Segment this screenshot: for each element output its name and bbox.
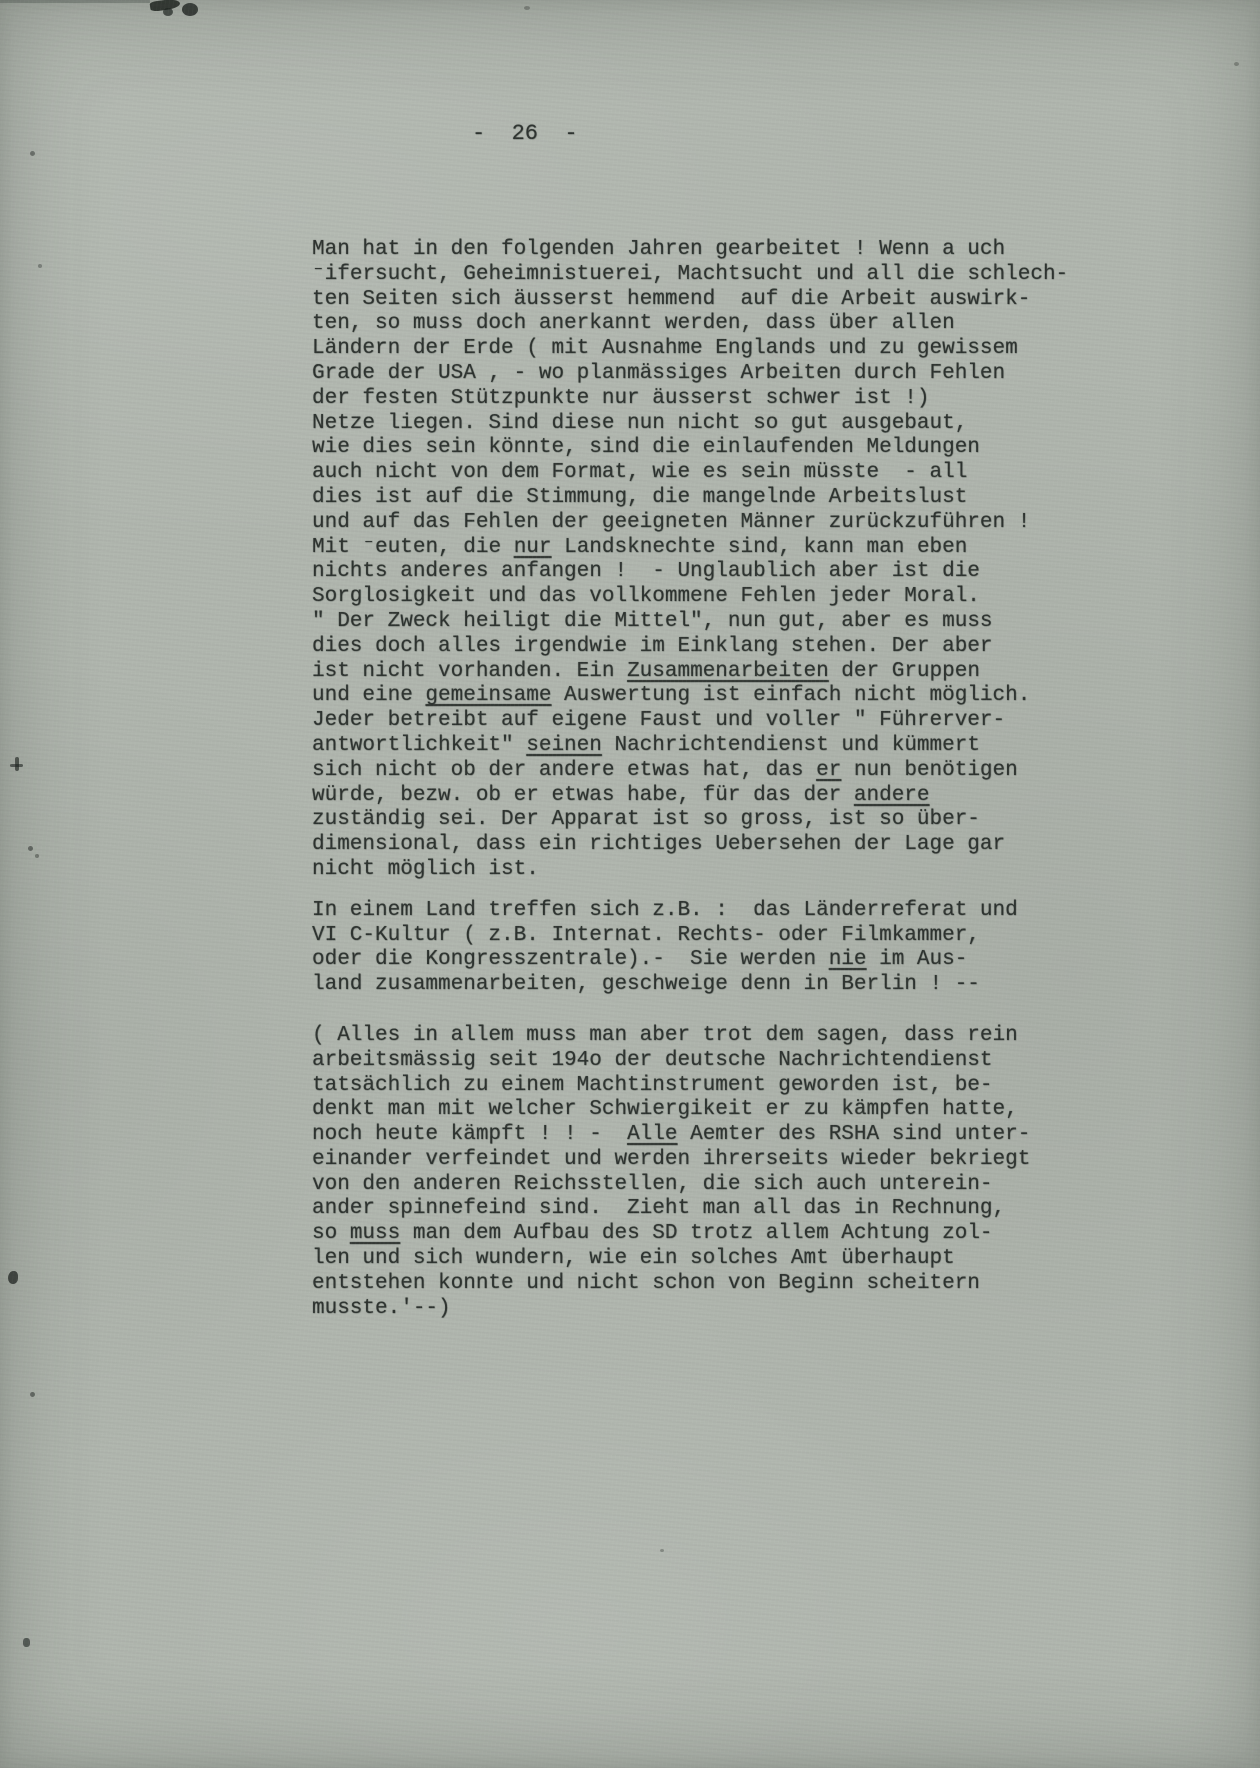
text-segment: ten Seiten sich äusserst hemmend auf die… bbox=[312, 288, 1030, 311]
text-segment: Nachrichtendienst und kümmert bbox=[602, 734, 980, 757]
text-block: Man hat in den folgenden Jahren gearbeit… bbox=[312, 238, 1068, 1321]
text-line: zuständig sei. Der Apparat ist so gross,… bbox=[312, 808, 1068, 833]
text-line: der festen Stützpunkte nur äusserst schw… bbox=[312, 387, 1068, 412]
text-segment: len und sich wundern, wie ein solches Am… bbox=[312, 1247, 955, 1270]
scan-speck bbox=[149, 0, 180, 12]
text-line: VI C-Kultur ( z.B. Internat. Rechts- ode… bbox=[312, 924, 1068, 949]
scanned-document-page: - 26 - Man hat in den folgenden Jahren g… bbox=[0, 0, 1260, 1768]
text-line: wie dies sein könnte, sind die einlaufen… bbox=[312, 436, 1068, 461]
scan-speck bbox=[23, 1638, 30, 1647]
scan-speck bbox=[8, 1271, 18, 1284]
scan-speck bbox=[524, 6, 530, 10]
text-segment: und eine bbox=[312, 684, 425, 707]
text-line: antwortlichkeit" seinen Nachrichtendiens… bbox=[312, 734, 1068, 759]
text-segment: VI C-Kultur ( z.B. Internat. Rechts- ode… bbox=[312, 924, 980, 947]
text-line: dies ist auf die Stimmung, die mangelnde… bbox=[312, 486, 1068, 511]
paragraph-2: In einem Land treffen sich z.B. : das Lä… bbox=[312, 899, 1068, 998]
scan-speck bbox=[182, 3, 198, 16]
scan-speck bbox=[38, 264, 42, 268]
text-line: sich nicht ob der andere etwas hat, das … bbox=[312, 759, 1068, 784]
text-segment: nichts anderes anfangen ! - Unglaublich … bbox=[312, 560, 980, 583]
text-line: " Der Zweck heiligt die Mittel", nun gut… bbox=[312, 610, 1068, 635]
text-segment: dimensional, dass ein richtiges Ueberseh… bbox=[312, 833, 1005, 856]
text-line: ten Seiten sich äusserst hemmend auf die… bbox=[312, 288, 1068, 313]
text-segment: land zusammenarbeiten, geschweige denn i… bbox=[312, 973, 980, 996]
text-line: und auf das Fehlen der geeigneten Männer… bbox=[312, 511, 1068, 536]
text-segment: dies doch alles irgendwie im Einklang st… bbox=[312, 635, 993, 658]
text-segment: Jeder betreibt auf eigene Faust und voll… bbox=[312, 709, 1005, 732]
text-segment: ⁻ifersucht, Geheimnistuerei, Machtsucht … bbox=[312, 263, 1068, 286]
text-segment: oder die Kongresszentrale).- Sie werden bbox=[312, 948, 829, 971]
scan-speck bbox=[660, 1549, 664, 1552]
text-segment: Aemter des RSHA sind unter- bbox=[677, 1123, 1030, 1146]
text-segment: von den anderen Reichsstellen, die sich … bbox=[312, 1173, 993, 1196]
text-line: ten, so muss doch anerkannt werden, dass… bbox=[312, 312, 1068, 337]
text-segment: wie dies sein könnte, sind die einlaufen… bbox=[312, 436, 980, 459]
scan-speck bbox=[1234, 62, 1239, 66]
text-segment: Mit ⁻euten, die bbox=[312, 536, 514, 559]
text-line: Mit ⁻euten, die nur Landsknechte sind, k… bbox=[312, 536, 1068, 561]
text-line: noch heute kämpft ! ! - Alle Aemter des … bbox=[312, 1123, 1068, 1148]
text-line: Ländern der Erde ( mit Ausnahme Englands… bbox=[312, 337, 1068, 362]
underlined-word: Zusammenarbeiten bbox=[627, 660, 829, 683]
text-segment: Ländern der Erde ( mit Ausnahme Englands… bbox=[312, 337, 1018, 360]
text-segment: musste.'--) bbox=[312, 1297, 451, 1320]
text-segment: tatsächlich zu einem Machtinstrument gew… bbox=[312, 1074, 993, 1097]
text-segment: denkt man mit welcher Schwiergikeit er z… bbox=[312, 1098, 1018, 1121]
text-segment: sich nicht ob der andere etwas hat, das bbox=[312, 759, 816, 782]
text-segment: antwortlichkeit" bbox=[312, 734, 526, 757]
text-segment: Netze liegen. Sind diese nun nicht so gu… bbox=[312, 412, 967, 435]
text-line: Grade der USA , - wo planmässiges Arbeit… bbox=[312, 362, 1068, 387]
text-segment: ist nicht vorhanden. Ein bbox=[312, 660, 627, 683]
text-line: oder die Kongresszentrale).- Sie werden … bbox=[312, 948, 1068, 973]
text-segment: nun benötigen bbox=[841, 759, 1017, 782]
text-line: einander verfeindet und werden ihrerseit… bbox=[312, 1148, 1068, 1173]
text-line: Sorglosigkeit und das vollkommene Fehlen… bbox=[312, 585, 1068, 610]
text-line: len und sich wundern, wie ein solches Am… bbox=[312, 1247, 1068, 1272]
scan-speck bbox=[35, 854, 39, 858]
text-segment: im Aus- bbox=[867, 948, 968, 971]
text-line: auch nicht von dem Format, wie es sein m… bbox=[312, 461, 1068, 486]
text-segment: der Gruppen bbox=[829, 660, 980, 683]
page-number: - 26 - bbox=[472, 122, 578, 146]
text-line: Jeder betreibt auf eigene Faust und voll… bbox=[312, 709, 1068, 734]
text-segment: In einem Land treffen sich z.B. : das Lä… bbox=[312, 899, 1018, 922]
underlined-word: seinen bbox=[526, 734, 602, 757]
text-line: ( Alles in allem muss man aber trot dem … bbox=[312, 1024, 1068, 1049]
text-segment: einander verfeindet und werden ihrerseit… bbox=[312, 1148, 1030, 1171]
underlined-word: gemeinsame bbox=[425, 684, 551, 707]
text-segment: zuständig sei. Der Apparat ist so gross,… bbox=[312, 808, 980, 831]
text-line: denkt man mit welcher Schwiergikeit er z… bbox=[312, 1098, 1068, 1123]
text-line: ⁻ifersucht, Geheimnistuerei, Machtsucht … bbox=[312, 263, 1068, 288]
scan-speck bbox=[0, 0, 150, 3]
paragraph-3: ( Alles in allem muss man aber trot dem … bbox=[312, 1024, 1068, 1322]
text-line: von den anderen Reichsstellen, die sich … bbox=[312, 1173, 1068, 1198]
text-line: und eine gemeinsame Auswertung ist einfa… bbox=[312, 684, 1068, 709]
text-segment: Sorglosigkeit und das vollkommene Fehlen… bbox=[312, 585, 980, 608]
text-line: Man hat in den folgenden Jahren gearbeit… bbox=[312, 238, 1068, 263]
scan-speck bbox=[10, 764, 23, 767]
text-line: arbeitsmässig seit 194o der deutsche Nac… bbox=[312, 1049, 1068, 1074]
text-segment: Grade der USA , - wo planmässiges Arbeit… bbox=[312, 362, 1005, 385]
text-segment: der festen Stützpunkte nur äusserst schw… bbox=[312, 387, 930, 410]
text-line: dimensional, dass ein richtiges Ueberseh… bbox=[312, 833, 1068, 858]
text-segment: entstehen konnte und nicht schon von Beg… bbox=[312, 1272, 980, 1295]
text-segment: ( Alles in allem muss man aber trot dem … bbox=[312, 1024, 1018, 1047]
text-segment: man dem Aufbau des SD trotz allem Achtun… bbox=[400, 1222, 992, 1245]
text-segment: so bbox=[312, 1222, 350, 1245]
text-line: In einem Land treffen sich z.B. : das Lä… bbox=[312, 899, 1068, 924]
text-segment: ten, so muss doch anerkannt werden, dass… bbox=[312, 312, 955, 335]
text-line: nichts anderes anfangen ! - Unglaublich … bbox=[312, 560, 1068, 585]
text-segment: würde, bezw. ob er etwas habe, für das d… bbox=[312, 784, 854, 807]
text-line: musste.'--) bbox=[312, 1297, 1068, 1322]
scan-speck bbox=[163, 8, 173, 16]
text-segment: Auswertung ist einfach nicht möglich. bbox=[551, 684, 1030, 707]
text-segment: Landsknechte sind, kann man eben bbox=[552, 536, 968, 559]
text-segment: nicht möglich ist. bbox=[312, 858, 539, 881]
text-segment: Man hat in den folgenden Jahren gearbeit… bbox=[312, 238, 1005, 261]
scan-speck bbox=[30, 151, 35, 156]
text-segment: auch nicht von dem Format, wie es sein m… bbox=[312, 461, 967, 484]
text-segment: und auf das Fehlen der geeigneten Männer… bbox=[312, 511, 1030, 534]
text-line: Netze liegen. Sind diese nun nicht so gu… bbox=[312, 412, 1068, 437]
scan-speck bbox=[30, 1392, 35, 1397]
underlined-word: Alle bbox=[627, 1123, 677, 1146]
text-line: so muss man dem Aufbau des SD trotz alle… bbox=[312, 1222, 1068, 1247]
underlined-word: nie bbox=[829, 948, 867, 971]
underlined-word: muss bbox=[350, 1222, 400, 1245]
text-line: ander spinnefeind sind. Zieht man all da… bbox=[312, 1197, 1068, 1222]
text-line: entstehen konnte und nicht schon von Beg… bbox=[312, 1272, 1068, 1297]
underlined-word: andere bbox=[854, 784, 930, 807]
text-segment: " Der Zweck heiligt die Mittel", nun gut… bbox=[312, 610, 993, 633]
scan-speck bbox=[28, 846, 33, 851]
text-line: würde, bezw. ob er etwas habe, für das d… bbox=[312, 784, 1068, 809]
text-line: tatsächlich zu einem Machtinstrument gew… bbox=[312, 1074, 1068, 1099]
text-line: ist nicht vorhanden. Ein Zusammenarbeite… bbox=[312, 660, 1068, 685]
text-segment: dies ist auf die Stimmung, die mangelnde… bbox=[312, 486, 967, 509]
underlined-word: nur bbox=[514, 536, 552, 559]
paragraph-1: Man hat in den folgenden Jahren gearbeit… bbox=[312, 238, 1068, 883]
text-segment: noch heute kämpft ! ! - bbox=[312, 1123, 627, 1146]
text-segment: arbeitsmässig seit 194o der deutsche Nac… bbox=[312, 1049, 993, 1072]
text-segment: ander spinnefeind sind. Zieht man all da… bbox=[312, 1197, 1005, 1220]
text-line: nicht möglich ist. bbox=[312, 858, 1068, 883]
scan-speck bbox=[15, 757, 19, 771]
text-line: dies doch alles irgendwie im Einklang st… bbox=[312, 635, 1068, 660]
text-line: land zusammenarbeiten, geschweige denn i… bbox=[312, 973, 1068, 998]
underlined-word: er bbox=[816, 759, 841, 782]
